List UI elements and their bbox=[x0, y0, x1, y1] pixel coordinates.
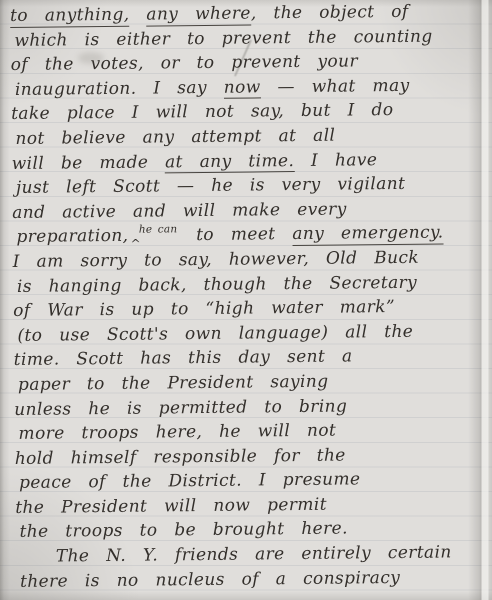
underlined-text-segment: any where bbox=[146, 3, 251, 26]
insertion-caret-mark: ^ bbox=[130, 237, 141, 251]
manuscript-line: there is no nucleus of a conspiracy bbox=[16, 565, 484, 594]
text-segment: I am sorry to say, however, Old Buck bbox=[13, 248, 420, 272]
text-segment: which is either to prevent the counting bbox=[14, 26, 432, 50]
manuscript-line: The N. Y. friends are entirely certain bbox=[16, 540, 484, 569]
text-segment: will be made bbox=[12, 152, 166, 174]
text-segment: the President will now permit bbox=[15, 495, 327, 518]
text-segment: preparation, bbox=[16, 226, 128, 247]
text-segment: hold himself responsible for the bbox=[15, 445, 346, 468]
text-segment: more troops here, he will not bbox=[18, 421, 336, 444]
text-segment: , the object of bbox=[251, 2, 409, 24]
underlined-text-segment: now bbox=[224, 77, 261, 99]
manuscript-text: to anything, any where, the object ofwhi… bbox=[10, 0, 484, 600]
manuscript-line: which is either to prevent the counting bbox=[10, 24, 478, 53]
text-segment bbox=[129, 5, 146, 25]
text-segment: The N. Y. friends are entirely certain bbox=[56, 542, 452, 566]
text-segment: just left Scott — he is very vigilant bbox=[16, 174, 406, 198]
text-segment: to meet bbox=[179, 224, 292, 245]
text-segment: time. Scott has this day sent a bbox=[14, 347, 353, 371]
text-segment: inauguration. I say bbox=[15, 78, 224, 100]
inserted-text-above-line: he can bbox=[139, 224, 178, 236]
manuscript-line: is hanging back, though the Secretary bbox=[13, 270, 481, 299]
manuscript-page: to anything, any where, the object ofwhi… bbox=[0, 0, 492, 600]
text-segment: of the votes, or to prevent your bbox=[11, 52, 359, 76]
text-segment: there is no nucleus of a conspiracy bbox=[20, 568, 400, 592]
text-segment: of War is up to “high water mark” bbox=[13, 297, 395, 321]
underlined-text-segment: to anything, bbox=[10, 5, 130, 28]
text-segment: peace of the District. I presume bbox=[19, 470, 361, 494]
text-segment: and active and will make every bbox=[12, 199, 347, 223]
text-segment: I have bbox=[294, 150, 377, 171]
text-segment: unless he is permitted to bring bbox=[14, 396, 347, 419]
text-segment: (to use Scott's own language) all the bbox=[17, 322, 413, 346]
text-segment: take place I will not say, but I do bbox=[11, 100, 393, 124]
text-segment: — what may bbox=[261, 76, 410, 98]
text-segment: is hanging back, though the Secretary bbox=[17, 272, 417, 296]
underlined-text-segment: at any time. bbox=[165, 151, 294, 174]
text-segment: the troops to be brought here. bbox=[19, 519, 348, 542]
underlined-text-segment: any emergency. bbox=[292, 223, 443, 246]
text-segment: not believe any attempt at all bbox=[15, 126, 335, 149]
text-segment: paper to the President saying bbox=[18, 372, 329, 395]
